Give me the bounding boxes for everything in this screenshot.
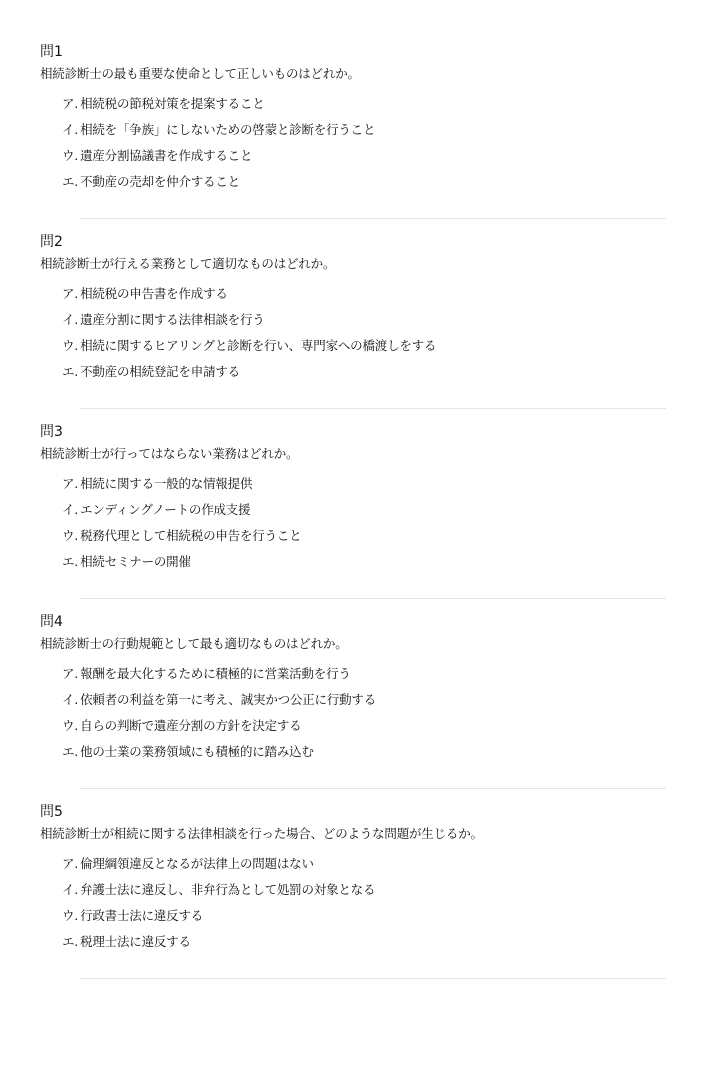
option-marker: ウ. [62, 716, 78, 736]
option-text: 弁護士法に違反し、非弁行為として処罰の対象となる [80, 882, 375, 897]
option-marker: ア. [62, 854, 78, 874]
option-marker: ア. [62, 474, 78, 494]
question-title: 問5 [40, 802, 666, 824]
option-marker: イ. [62, 310, 78, 330]
option-marker: エ. [62, 362, 78, 382]
option-text: 報酬を最大化するために積極的に営業活動を行う [80, 666, 351, 681]
option-text: 相続セミナーの開催 [80, 554, 191, 569]
option-u: ウ.行政書士法に違反する [62, 906, 666, 932]
option-i: イ.依頼者の利益を第一に考え、誠実かつ公正に行動する [62, 690, 666, 716]
option-a: ア.相続税の申告書を作成する [62, 284, 666, 310]
option-text: エンディングノートの作成支援 [80, 502, 250, 517]
option-a: ア.相続税の節税対策を提案すること [62, 94, 666, 120]
option-text: 依頼者の利益を第一に考え、誠実かつ公正に行動する [80, 692, 376, 707]
option-a: ア.報酬を最大化するために積極的に営業活動を行う [62, 664, 666, 690]
option-marker: ウ. [62, 146, 78, 166]
option-text: 他の士業の業務領域にも積極的に踏み込む [80, 744, 314, 759]
option-list: ア.報酬を最大化するために積極的に営業活動を行う イ.依頼者の利益を第一に考え、… [40, 664, 666, 768]
question-title: 問3 [40, 422, 666, 444]
divider [80, 978, 666, 979]
option-i: イ.エンディングノートの作成支援 [62, 500, 666, 526]
option-u: ウ.税務代理として相続税の申告を行うこと [62, 526, 666, 552]
option-text: 遺産分割に関する法律相談を行う [80, 312, 265, 327]
option-e: エ.他の士業の業務領域にも積極的に踏み込む [62, 742, 666, 768]
option-i: イ.弁護士法に違反し、非弁行為として処罰の対象となる [62, 880, 666, 906]
option-text: 自らの判断で遺産分割の方針を決定する [80, 718, 301, 733]
option-marker: イ. [62, 120, 78, 140]
option-e: エ.税理士法に違反する [62, 932, 666, 958]
question-title: 問2 [40, 232, 666, 254]
option-marker: エ. [62, 932, 78, 952]
option-text: 倫理綱領違反となるが法律上の問題はない [80, 856, 314, 871]
option-list: ア.倫理綱領違反となるが法律上の問題はない イ.弁護士法に違反し、非弁行為として… [40, 854, 666, 958]
option-list: ア.相続税の節税対策を提案すること イ.相続を「争族」にしないための啓蒙と診断を… [40, 94, 666, 198]
option-u: ウ.相続に関するヒアリングと診断を行い、専門家への橋渡しをする [62, 336, 666, 362]
option-text: 相続に関するヒアリングと診断を行い、専門家への橋渡しをする [80, 338, 436, 353]
question-text: 相続診断士の最も重要な使命として正しいものはどれか。 [40, 64, 666, 86]
divider [80, 788, 666, 789]
option-text: 相続税の節税対策を提案すること [80, 96, 265, 111]
divider [80, 598, 666, 599]
question-2: 問2 相続診断士が行える業務として適切なものはどれか。 ア.相続税の申告書を作成… [40, 232, 666, 422]
question-text: 相続診断士が行ってはならない業務はどれか。 [40, 444, 666, 466]
option-marker: エ. [62, 172, 78, 192]
option-list: ア.相続に関する一般的な情報提供 イ.エンディングノートの作成支援 ウ.税務代理… [40, 474, 666, 578]
option-i: イ.相続を「争族」にしないための啓蒙と診断を行うこと [62, 120, 666, 146]
option-text: 行政書士法に違反する [80, 908, 203, 923]
option-marker: エ. [62, 552, 78, 572]
option-text: 不動産の売却を仲介すること [80, 174, 240, 189]
question-text: 相続診断士が行える業務として適切なものはどれか。 [40, 254, 666, 276]
question-3: 問3 相続診断士が行ってはならない業務はどれか。 ア.相続に関する一般的な情報提… [40, 422, 666, 612]
question-text: 相続診断士の行動規範として最も適切なものはどれか。 [40, 634, 666, 656]
option-text: 税理士法に違反する [80, 934, 191, 949]
option-u: ウ.遺産分割協議書を作成すること [62, 146, 666, 172]
option-marker: ア. [62, 284, 78, 304]
option-marker: ア. [62, 664, 78, 684]
option-u: ウ.自らの判断で遺産分割の方針を決定する [62, 716, 666, 742]
option-e: エ.不動産の相続登記を申請する [62, 362, 666, 388]
option-text: 相続税の申告書を作成する [80, 286, 228, 301]
option-text: 相続に関する一般的な情報提供 [80, 476, 252, 491]
option-e: エ.不動産の売却を仲介すること [62, 172, 666, 198]
option-marker: ア. [62, 94, 78, 114]
question-4: 問4 相続診断士の行動規範として最も適切なものはどれか。 ア.報酬を最大化するた… [40, 612, 666, 802]
option-text: 不動産の相続登記を申請する [80, 364, 240, 379]
option-marker: ウ. [62, 906, 78, 926]
option-e: エ.相続セミナーの開催 [62, 552, 666, 578]
quiz-page: 問1 相続診断士の最も重要な使命として正しいものはどれか。 ア.相続税の節税対策… [0, 0, 727, 992]
question-1: 問1 相続診断士の最も重要な使命として正しいものはどれか。 ア.相続税の節税対策… [40, 42, 666, 232]
option-marker: イ. [62, 690, 78, 710]
option-text: 遺産分割協議書を作成すること [80, 148, 252, 163]
option-marker: エ. [62, 742, 78, 762]
option-text: 税務代理として相続税の申告を行うこと [80, 528, 301, 543]
option-marker: イ. [62, 500, 78, 520]
question-title: 問1 [40, 42, 666, 64]
option-list: ア.相続税の申告書を作成する イ.遺産分割に関する法律相談を行う ウ.相続に関す… [40, 284, 666, 388]
question-text: 相続診断士が相続に関する法律相談を行った場合、どのような問題が生じるか。 [40, 824, 666, 846]
option-text: 相続を「争族」にしないための啓蒙と診断を行うこと [80, 122, 375, 137]
option-marker: ウ. [62, 336, 78, 356]
option-marker: イ. [62, 880, 78, 900]
question-title: 問4 [40, 612, 666, 634]
divider [80, 218, 666, 219]
option-i: イ.遺産分割に関する法律相談を行う [62, 310, 666, 336]
option-a: ア.相続に関する一般的な情報提供 [62, 474, 666, 500]
question-5: 問5 相続診断士が相続に関する法律相談を行った場合、どのような問題が生じるか。 … [40, 802, 666, 992]
option-marker: ウ. [62, 526, 78, 546]
option-a: ア.倫理綱領違反となるが法律上の問題はない [62, 854, 666, 880]
divider [80, 408, 666, 409]
